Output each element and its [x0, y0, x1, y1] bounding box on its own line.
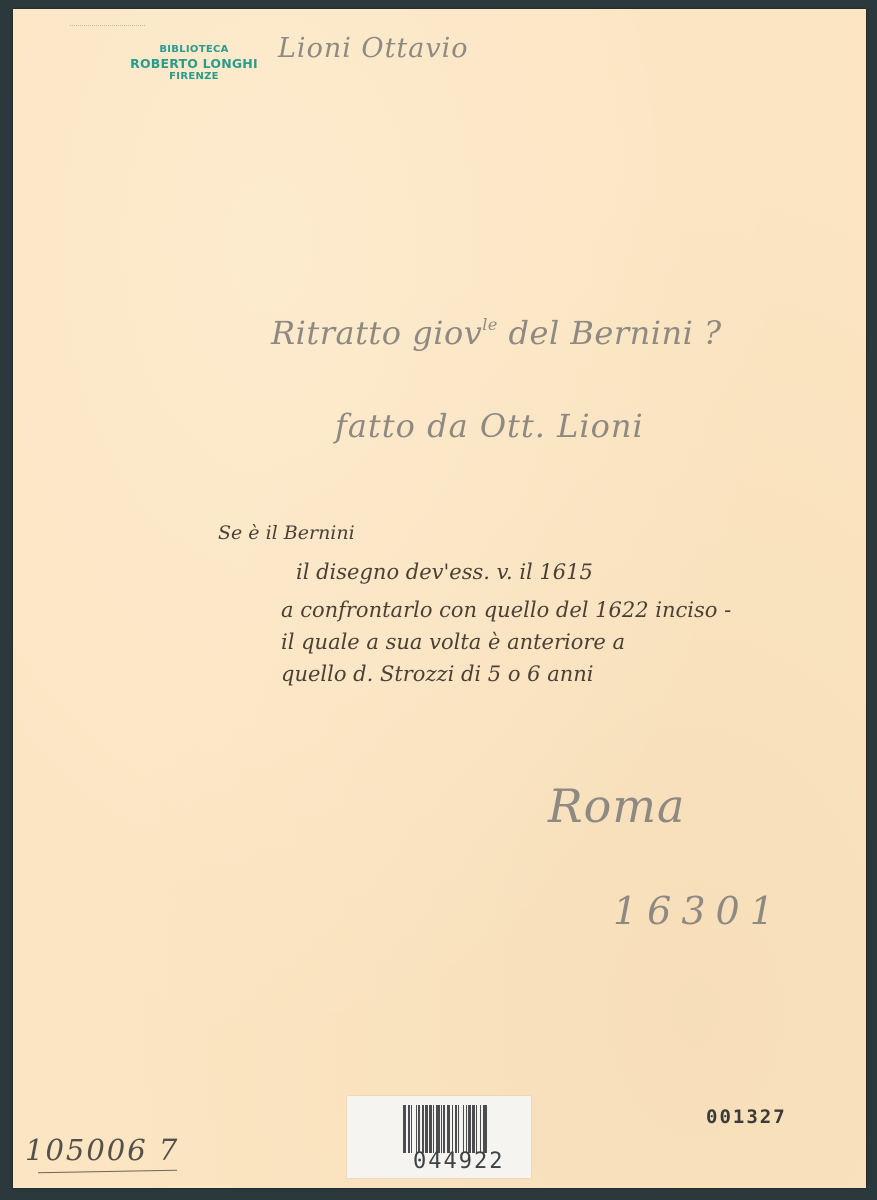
title-superscript: le: [482, 315, 498, 334]
inventory-number: 16301: [613, 889, 784, 933]
library-stamp: BIBLIOTECA ROBERTO LONGHI FIRENZE: [109, 44, 279, 83]
title-main: Ritratto giov: [271, 314, 482, 352]
barcode-icon: [403, 1105, 523, 1153]
note-line-3: il quale a sua volta è anteriore a: [281, 627, 625, 658]
barcode-label: 044922: [347, 1096, 531, 1178]
stamped-number: 001327: [706, 1106, 787, 1128]
title-annotation-line-2: fatto da Ott. Lioni: [335, 407, 644, 445]
stamp-line-biblioteca: BIBLIOTECA: [109, 44, 279, 56]
catalog-number-handwritten: 105006 7: [25, 1133, 179, 1167]
artist-name-annotation: Lioni Ottavio: [278, 33, 469, 64]
location-signature: Roma: [548, 779, 685, 833]
note-line-1: il disegno dev'ess. v. il 1615: [296, 557, 593, 588]
faint-pencil-mark: [70, 25, 145, 29]
stamp-line-roberto-longhi: ROBERTO LONGHI: [109, 56, 279, 71]
title-rest: del Bernini ?: [498, 314, 722, 352]
note-line-2: a confrontarlo con quello del 1622 incis…: [281, 595, 731, 626]
barcode-number: 044922: [413, 1149, 504, 1174]
note-heading: Se è il Bernini: [218, 522, 355, 544]
barcode-bar: [483, 1105, 486, 1153]
title-annotation-line-1: Ritratto giovle del Bernini ?: [271, 314, 722, 352]
document-paper: BIBLIOTECA ROBERTO LONGHI FIRENZE Lioni …: [13, 9, 866, 1188]
note-line-4: quello d. Strozzi di 5 o 6 anni: [281, 659, 593, 690]
stamp-line-firenze: FIRENZE: [109, 71, 279, 83]
